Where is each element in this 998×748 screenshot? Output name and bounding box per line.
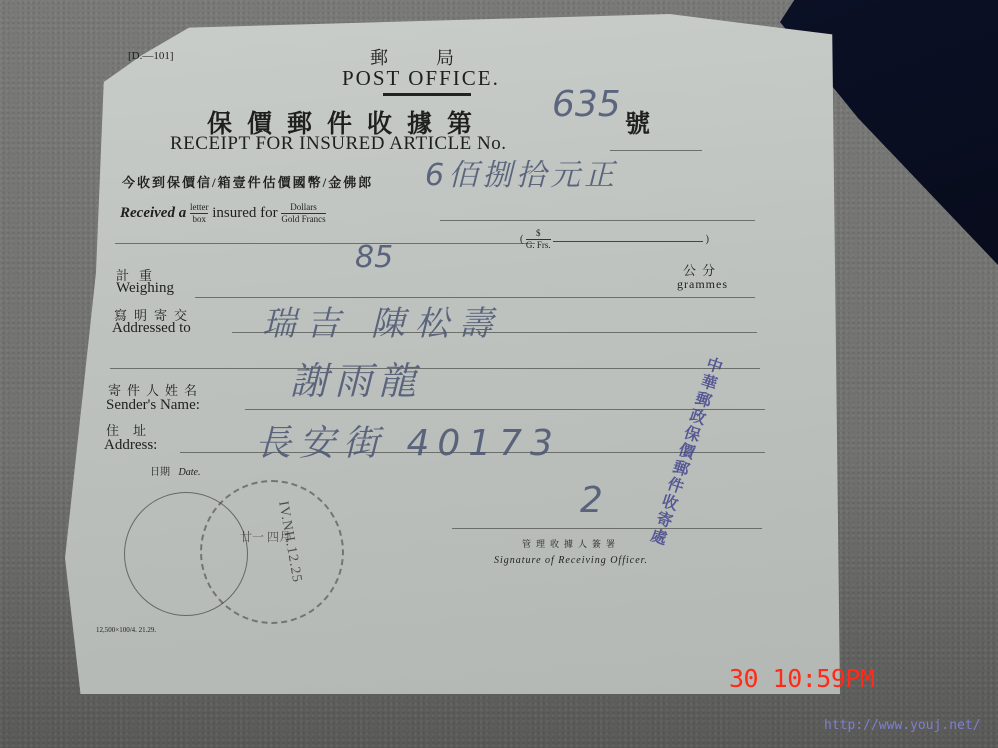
- currency-dollars: Dollars: [281, 202, 325, 214]
- addressee-handwritten: 瑞吉 陳松壽: [262, 296, 503, 345]
- item-box: box: [190, 214, 209, 225]
- sender-name-label-en: Sender's Name:: [106, 397, 200, 414]
- unit-dollar: $: [526, 228, 551, 240]
- received-prefix: Received a: [120, 205, 186, 221]
- camera-timestamp: 30 10:59PM: [729, 664, 875, 693]
- unit-gold-francs: G. Frs.: [526, 240, 551, 251]
- address-handwritten: 長安街 40173: [255, 415, 561, 466]
- currency-gold-francs: Gold Francs: [281, 214, 325, 225]
- title-divider: [383, 93, 471, 96]
- insured-amount-line: [440, 220, 755, 221]
- receipt-title-cn-suffix: 號: [625, 104, 650, 140]
- item-letter: letter: [190, 202, 209, 214]
- article-number-handwritten: 635: [552, 84, 621, 125]
- post-office-title-en: POST OFFICE.: [342, 66, 500, 91]
- currency-unit-bracket: ( $G. Frs. ): [520, 228, 709, 251]
- sender-name-handwritten: 謝雨龍: [290, 350, 422, 405]
- form-code: [D.—101]: [128, 50, 174, 62]
- addressed-to-label-en: Addressed to: [112, 320, 191, 337]
- grammes-label-en: grammes: [677, 277, 728, 292]
- insured-for-label: insured for: [212, 205, 277, 221]
- insured-amount-handwritten: 6佰捌拾元正: [425, 150, 618, 194]
- date-label-cn: 日期: [150, 467, 170, 478]
- received-label-en: Received a letter box insured for Dollar…: [120, 202, 326, 225]
- watermark-url: http://www.youj.net/: [824, 718, 981, 733]
- date-label-en: Date.: [179, 467, 201, 478]
- article-number-line: [610, 150, 702, 151]
- weight-handwritten: 85: [355, 240, 393, 275]
- date-label: 日期 Date.: [150, 463, 200, 478]
- print-code: 12,500×100/4. 21.29.: [96, 626, 156, 634]
- postmark-stamp: [200, 480, 344, 624]
- received-label-cn: 今收到保價信/箱壹件估價國幣/金佛郎: [122, 172, 373, 191]
- amount-figure-line: [115, 243, 535, 244]
- weighing-label-en: Weighing: [116, 280, 174, 297]
- currency-fraction: Dollars Gold Francs: [281, 202, 325, 225]
- postmark-date: 廿一 四月: [240, 528, 291, 545]
- item-type-fraction: letter box: [190, 202, 209, 225]
- address-label-en: Address:: [104, 437, 157, 454]
